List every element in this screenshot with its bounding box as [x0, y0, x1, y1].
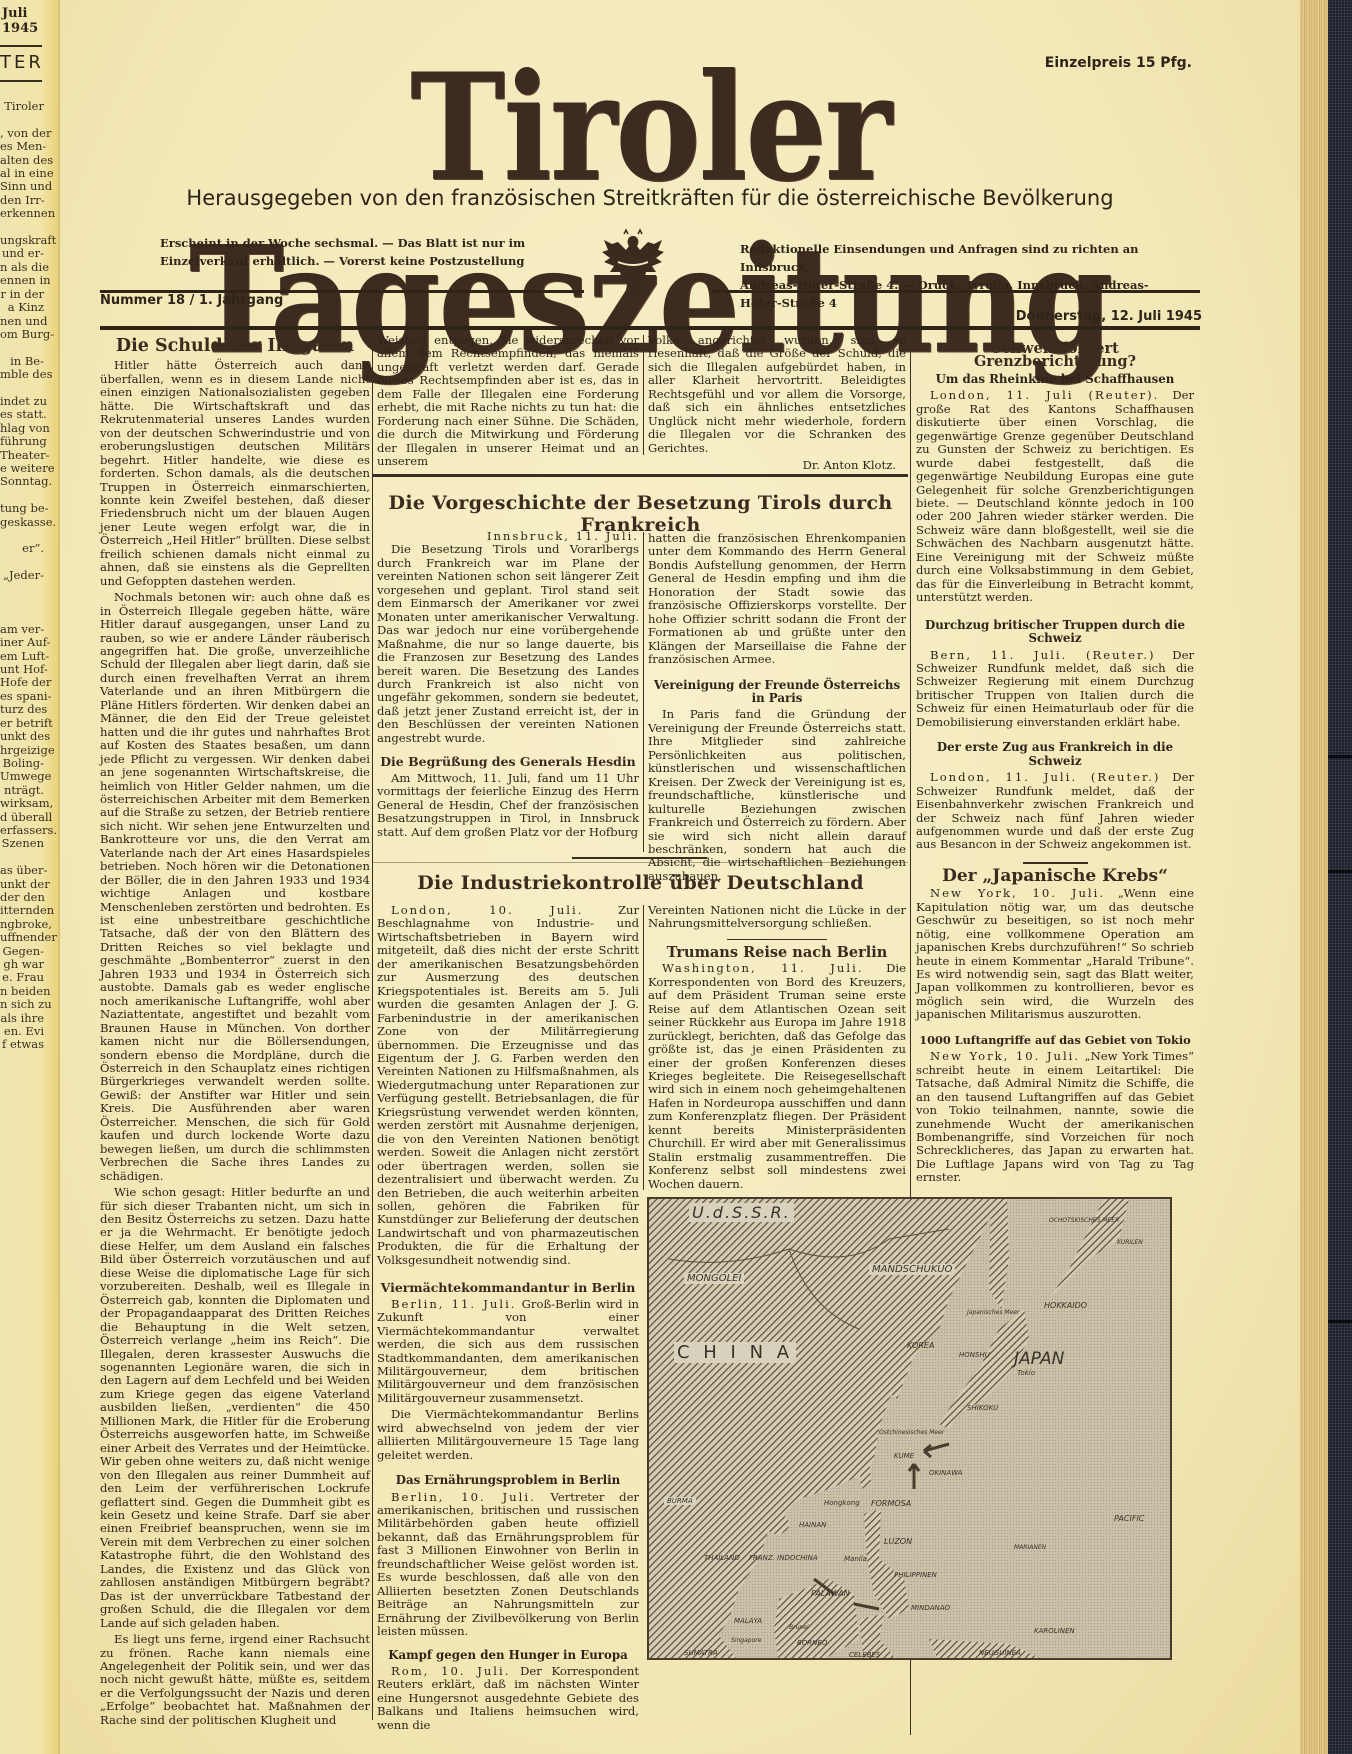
map-label-philippinen: PHILIPPINEN — [894, 1571, 937, 1579]
article-paragraph: Es liegt uns ferne, irgend einer Rachsuc… — [100, 1633, 370, 1727]
article-text: „Wenn eine Kapitulation nötig war, um da… — [916, 886, 1194, 1021]
article-dateline: Rom, 10. Juli. — [391, 1664, 510, 1678]
map-label-hainan: HAINAN — [799, 1521, 826, 1529]
article-industrie-continuation: Vereinten Nationen nicht die Lücke in de… — [648, 904, 906, 1194]
map-label-pacific: PACIFIC — [1114, 1514, 1144, 1523]
article-dateline: Berlin, 10. Juli. — [391, 1490, 536, 1504]
separator-rule — [1023, 862, 1088, 864]
article-headline: Der „Japanische Krebs“ — [916, 870, 1194, 883]
map-label-udssr: U.d.S.S.R. — [689, 1203, 794, 1222]
map-label-shikoku: SHIKOKU — [967, 1404, 998, 1412]
article-dateline: Washington, 11. Juli. — [662, 961, 864, 975]
article-dateline: Innsbruck, 11. Juli. — [377, 530, 639, 543]
map-label-thailand: THAILAND — [704, 1554, 740, 1562]
map-label-hokkaido: HOKKAIDO — [1044, 1301, 1087, 1310]
binding-seam — [1328, 755, 1352, 758]
article-text: „New York Times“ schreibt heute in einem… — [916, 1049, 1194, 1184]
article-subheadline: Vereinigung der Freunde Österreichs in P… — [648, 679, 906, 706]
tyrolean-eagle-icon — [598, 228, 668, 306]
map-label-kume: KUME — [894, 1452, 914, 1460]
map-label-japan: JAPAN — [1014, 1349, 1064, 1369]
map-label-indochina: FRANZ. INDOCHINA — [749, 1554, 818, 1562]
article-schuld-continuation: Volke angerichtet wurden, sind so riesen… — [648, 334, 906, 473]
article-subheadline: Das Ernährungsproblem in Berlin — [377, 1474, 639, 1487]
masthead-main-rule — [100, 326, 1200, 330]
masthead-rule — [712, 290, 1200, 293]
article-subheadline: Durchzug britischer Truppen durch die Sc… — [916, 619, 1194, 646]
map-label-mandschukuo: MANDSCHUKUO — [869, 1264, 955, 1275]
separator-rule — [572, 857, 707, 859]
east-asia-map: U.d.S.S.R. MONGOLEI MANDSCHUKUO C H I N … — [647, 1197, 1172, 1660]
section-rule — [373, 474, 908, 477]
article-text: Die Korrespondenten von Bord des Kreuzer… — [648, 961, 906, 1190]
prev-page-masthead: TER — [0, 52, 44, 73]
article-dateline: New York, 10. Juli. — [930, 886, 1105, 900]
article-paragraph: Wie schon gesagt: Hitler bedurfte an und… — [100, 1186, 370, 1630]
map-label-hongkong: Hongkong — [824, 1499, 860, 1507]
article-subheadline: Um das Rheinknie bei Schaffhausen — [916, 373, 1194, 386]
author-byline: Dr. Anton Klotz. — [648, 459, 906, 472]
article-vorgeschichte-continuation: hatten die französischen Ehrenkompanien … — [648, 532, 906, 886]
map-label-malaya: MALAYA — [734, 1617, 762, 1625]
article-paragraph: Vereinten Nationen nicht die Lücke in de… — [648, 904, 906, 931]
publisher-subtitle: Herausgegeben von den französischen Stre… — [150, 186, 1150, 210]
article-headline: Trumans Reise nach Berlin — [648, 946, 906, 959]
prev-page-text: Tiroler ‚ von der es Men- alten des al i… — [0, 100, 44, 1052]
article-paragraph: Weisheit entgegen. Sie widersprechen vor… — [377, 334, 639, 469]
article-text: Vertreter der amerikanischen, britischen… — [377, 1490, 639, 1639]
issue-number: Nummer 18 / 1. Jahrgang — [100, 293, 283, 308]
map-label-mindanao: MINDANAO — [911, 1604, 950, 1612]
publication-info: Erscheint in der Woche sechsmal. — Das B… — [160, 234, 580, 270]
column-rule — [643, 532, 644, 852]
map-label-manila: Manila — [844, 1555, 867, 1563]
article-paragraph: Am Mittwoch, 11. Juli, fand um 11 Uhr vo… — [377, 772, 639, 839]
map-label-palawan: PALAWAN — [811, 1589, 850, 1598]
map-label-marianen: MARIANEN — [1014, 1544, 1046, 1551]
book-page-edges — [1300, 0, 1328, 1754]
article-vorgeschichte: Innsbruck, 11. Juli. Die Besetzung Tirol… — [377, 530, 639, 842]
map-label-luzon: LUZON — [884, 1537, 912, 1546]
map-label-japanisches-meer: Japanisches Meer — [967, 1309, 1019, 1316]
column-rule — [372, 335, 373, 1720]
article-subheadline: Der erste Zug aus Frankreich in die Schw… — [916, 741, 1194, 768]
binding-seam — [1328, 1320, 1352, 1323]
section-rule — [373, 862, 908, 863]
prev-page-date: Juli 1945 — [2, 6, 58, 36]
map-label-sumatra: SUMATRA — [684, 1649, 718, 1657]
map-label-ochotskisches-meer: OCHOTSKISCHES MEER — [1049, 1217, 1119, 1224]
editorial-info-line: Redaktionelle Einsendungen und Anfragen … — [740, 240, 1170, 276]
article-dateline: London, 11. Juli (Reuter). — [930, 388, 1159, 402]
article-text: Zur Beschlagnahme von Industrie- und Wir… — [377, 903, 639, 1267]
map-label-kurilen: KURILEN — [1117, 1239, 1143, 1246]
article-subheadline: Kampf gegen den Hunger in Europa — [377, 1649, 639, 1662]
map-label-neuguinea: NEUGUINEA — [979, 1649, 1021, 1657]
column-rule — [643, 335, 644, 455]
article-headline: Die Industriekontrolle über Deutschland — [378, 872, 903, 894]
issue-date: Donnerstag, 12. Juli 1945 — [1016, 309, 1202, 324]
article-schweiz-grenzberichtigung: Schweiz fordert Grenzberichtigung? Um da… — [916, 342, 1194, 1188]
article-paragraph: Nochmals betonen wir: auch ohne daß es i… — [100, 591, 370, 1183]
article-industriekontrolle: London, 10. Juli. Zur Beschlagnahme von … — [377, 904, 639, 1735]
article-schuld-continuation: Weisheit entgegen. Sie widersprechen vor… — [377, 334, 639, 469]
article-dateline: New York, 10. Juli. — [930, 1049, 1080, 1063]
map-label-china: C H I N A — [674, 1342, 796, 1363]
publication-info-line: Erscheint in der Woche sechsmal. — Das B… — [160, 234, 580, 252]
map-label-brunei: Brunei — [789, 1624, 809, 1631]
map-label-okinawa: OKINAWA — [929, 1469, 962, 1477]
binding-seam — [1328, 870, 1352, 873]
map-label-honshu: HONSHU — [959, 1351, 990, 1359]
article-subheadline: Viermächtekommandantur in Berlin — [377, 1281, 639, 1294]
article-dateline: London, 10. Juli. — [391, 903, 583, 917]
prev-page-rule — [0, 80, 42, 82]
map-label-burma: BURMA — [664, 1497, 696, 1505]
article-subheadline: Die Begrüßung des Generals Hesdin — [377, 755, 639, 768]
article-headline: Schweiz fordert Grenzberichtigung? — [916, 342, 1194, 369]
column-rule — [643, 905, 644, 1190]
article-paragraph: Die Viermächtekommandantur Berlins wird … — [377, 1408, 639, 1462]
article-paragraph: Volke angerichtet wurden, sind so riesen… — [648, 334, 906, 455]
article-headline: Die Schuld der Illegalen — [100, 340, 370, 353]
article-text: Der große Rat des Kantons Schaffhausen d… — [916, 388, 1194, 604]
map-label-mongolei: MONGOLEI — [684, 1273, 744, 1284]
article-text: Groß-Berlin wird in Zukunft von einer Vi… — [377, 1297, 639, 1405]
article-paragraph: Die Besetzung Tirols und Vorarlbergs dur… — [377, 543, 639, 745]
publication-info-line: Einzelverkauf erhältlich. — Vorerst kein… — [160, 252, 580, 270]
editorial-info-line: Andreas-Hofer-Straße 4. — Druck: Tyrolia… — [740, 276, 1170, 312]
map-label-borneo: BORNEO — [797, 1639, 827, 1647]
article-paragraph: Hitler hätte Österreich auch dann überfa… — [100, 359, 370, 588]
map-label-korea: KOREA — [907, 1341, 934, 1350]
book-binding — [1328, 0, 1352, 1754]
map-label-karolinen: KAROLINEN — [1034, 1627, 1075, 1635]
editorial-info: Redaktionelle Einsendungen und Anfragen … — [740, 240, 1170, 312]
article-dateline: Bern, 11. Juli. (Reuter.) — [930, 648, 1156, 662]
map-label-formosa: FORMOSA — [871, 1499, 911, 1508]
article-paragraph: hatten die französischen Ehrenkompanien … — [648, 532, 906, 667]
prev-page-rule — [0, 45, 42, 47]
article-dateline: Berlin, 11. Juli. — [391, 1297, 516, 1311]
separator-rule — [727, 939, 827, 940]
map-label-singapore: Singapore — [731, 1637, 761, 1644]
article-schuld-der-illegalen: Die Schuld der Illegalen Hitler hätte Ös… — [100, 340, 370, 1730]
map-label-tokio: Tokio — [1017, 1369, 1035, 1377]
article-dateline: London, 11. Juli. (Reuter.) — [930, 770, 1160, 784]
map-label-celebes: CELEBES — [849, 1651, 880, 1659]
article-subheadline: 1000 Luftangriffe auf das Gebiet von Tok… — [916, 1034, 1194, 1047]
map-label-ostchinesisches-meer: Ostchinesisches Meer — [879, 1429, 944, 1436]
previous-page-strip: Juli 1945 TER Tiroler ‚ von der es Men- … — [0, 0, 60, 1754]
